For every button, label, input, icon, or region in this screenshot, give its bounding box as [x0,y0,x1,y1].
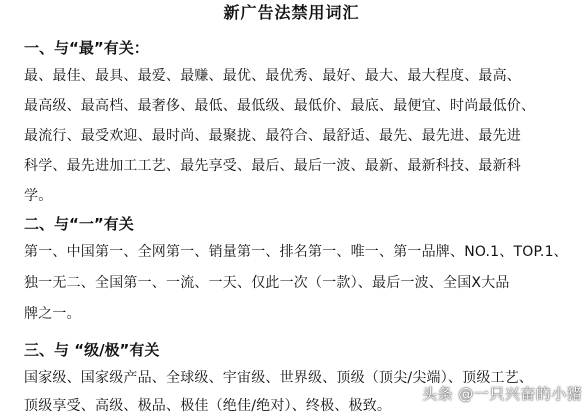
text-line: 牌之一。 [24,304,81,324]
text-line: 科学、最先进加工工艺、最先享受、最后、最后一波、最新、最新科技、最新科 [24,156,521,176]
text-line: 最高级、最高档、最奢侈、最低、最低级、最低价、最底、最便宜、时尚最低价、 [24,96,535,116]
text-line: 顶级享受、高级、极品、极佳（绝佳/绝对）、终极、极致。 [24,396,391,416]
section-heading-yi: 二、与“一”有关 [24,214,134,234]
text-line: 第一、中国第一、全网第一、销量第一、排名第一、唯一、第一品牌、NO.1、TOP.… [24,242,568,262]
text-line: 最、最佳、最具、最爱、最赚、最优、最优秀、最好、最大、最大程度、最高、 [24,66,521,86]
watermark: 头条 @一只兴奋的小猪 [422,384,582,404]
text-line: 最流行、最受欢迎、最时尚、最聚拢、最符合、最舒适、最先、最先进、最先进 [24,126,521,146]
document-title: 新广告法禁用词汇 [0,3,583,23]
text-line: 学。 [24,186,52,206]
section-heading-zui: 一、与“最”有关： [24,38,149,58]
section-heading-ji: 三、与 “级/极”有关 [24,340,159,360]
text-line: 独一无二、全国第一、一流、一天、仅此一次（一款）、最后一波、全国X大品 [24,273,510,293]
